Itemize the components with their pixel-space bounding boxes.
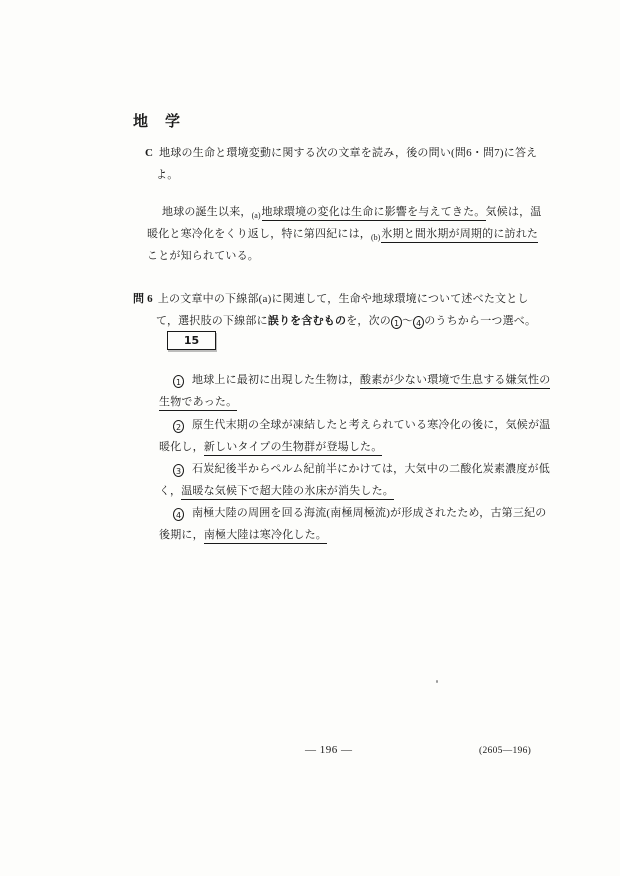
choice-2-line-2: 暖化し，新しいタイプの生物群が登場した。: [159, 440, 382, 455]
circled-number-3-icon: 3: [173, 464, 184, 477]
exam-page: 地 学 C地球の生命と環境変動に関する次の文章を読み，後の問い(問6・問7)に答…: [0, 0, 620, 876]
section-c-line-1: C地球の生命と環境変動に関する次の文章を読み，後の問い(問6・問7)に答え: [145, 146, 537, 161]
scan-artifact-dot: [436, 680, 438, 683]
underlined-text-a: 地球環境の変化は生命に影響を与えてきた。: [262, 206, 486, 221]
section-c-intro-1: 地球の生命と環境変動に関する次の文章を読み，後の問い(問6・問7)に答え: [159, 147, 537, 159]
choice-3-underlined: 温暖な気候下で超大陸の氷床が消失した。: [181, 485, 394, 500]
question-6-line-1: 問 6上の文章中の下線部(a)に関連して，生命や地球環境について述べた文とし: [133, 292, 529, 307]
underline-marker-b: (b): [371, 233, 380, 242]
question-6-label: 問 6: [133, 293, 153, 305]
question-6-bold-text: 誤りを含むもの: [268, 315, 346, 327]
choice-1-underlined: 生物であった。: [159, 396, 237, 411]
choice-2-line-1: 2原生代末期の全球が凍結したと考えられている寒冷化の後に，気候が温: [173, 418, 550, 433]
choice-4-underlined: 南極大陸は寒冷化した。: [204, 529, 327, 544]
choice-2-text: 原生代末期の全球が凍結したと考えられている寒冷化の後に，気候が温: [192, 419, 550, 431]
choice-3-text: く，: [159, 485, 181, 497]
passage-line-1: 地球の誕生以来，(a)地球環境の変化は生命に影響を与えてきた。気候は，温: [162, 205, 542, 223]
footer-page-number: — 196 —: [305, 744, 353, 756]
passage-line-2: 暖化と寒冷化をくり返し，特に第四紀には，(b)氷期と間氷期が周期的に訪れた: [147, 227, 538, 245]
circled-number-1-icon: 1: [173, 375, 184, 388]
choice-4-line-2: 後期に，南極大陸は寒冷化した。: [159, 528, 327, 543]
choice-3-line-1: 3石炭紀後半からペルム紀前半にかけては，大気中の二酸化炭素濃度が低: [173, 462, 550, 477]
underline-marker-a: (a): [252, 211, 261, 220]
passage-text: 暖化と寒冷化をくり返し，特に第四紀には，: [147, 228, 371, 240]
answer-number-box: 15: [167, 331, 216, 350]
circled-number-1-icon: 1: [391, 316, 402, 329]
question-6-text: て，選択肢の下線部に: [156, 315, 268, 327]
question-6-text: 上の文章中の下線部(a)に関連して，生命や地球環境について述べた文とし: [158, 293, 529, 305]
footer-print-code: (2605—196): [479, 746, 531, 756]
choice-2-text: 暖化し，: [159, 441, 204, 453]
choice-3-text: 石炭紀後半からペルム紀前半にかけては，大気中の二酸化炭素濃度が低: [192, 463, 550, 475]
passage-text: ことが知られている。: [147, 250, 259, 262]
choice-1-line-2: 生物であった。: [159, 395, 237, 410]
passage-text: 気候は，温: [486, 206, 542, 218]
section-c-intro-2: よ。: [156, 169, 178, 181]
passage-text: 地球の誕生以来，: [162, 206, 252, 218]
answer-number: 15: [184, 334, 199, 347]
underlined-text-b: 氷期と間氷期が周期的に訪れた: [381, 228, 538, 243]
circled-number-4-icon: 4: [173, 508, 184, 521]
circled-number-4-icon: 4: [413, 316, 424, 329]
range-tilde: ～: [402, 315, 413, 327]
section-c-line-2: よ。: [156, 168, 178, 183]
passage-line-3: ことが知られている。: [147, 249, 259, 264]
choice-1-text: 地球上に最初に出現した生物は，: [192, 374, 360, 386]
page-title: 地 学: [133, 110, 181, 131]
question-6-text: を，次の: [346, 315, 391, 327]
question-6-line-2: て，選択肢の下線部に誤りを含むものを，次の1～4のうちから一つ選べ。: [156, 314, 536, 329]
circled-number-2-icon: 2: [173, 420, 184, 433]
section-c-label: C: [145, 147, 153, 159]
choice-1-line-1: 1地球上に最初に出現した生物は，酸素が少ない環境で生息する嫌気性の: [173, 373, 550, 388]
choice-4-text: 後期に，: [159, 529, 204, 541]
choice-2-underlined: 新しいタイプの生物群が登場した。: [204, 441, 383, 456]
choice-4-text: 南極大陸の周囲を回る海流(南極周極流)が形成されたため，古第三紀の: [192, 507, 546, 519]
choice-1-underlined: 酸素が少ない環境で生息する嫌気性の: [360, 374, 550, 389]
choice-4-line-1: 4南極大陸の周囲を回る海流(南極周極流)が形成されたため，古第三紀の: [173, 506, 546, 521]
choice-3-line-2: く，温暖な気候下で超大陸の氷床が消失した。: [159, 484, 394, 499]
question-6-text: のうちから一つ選べ。: [424, 315, 536, 327]
